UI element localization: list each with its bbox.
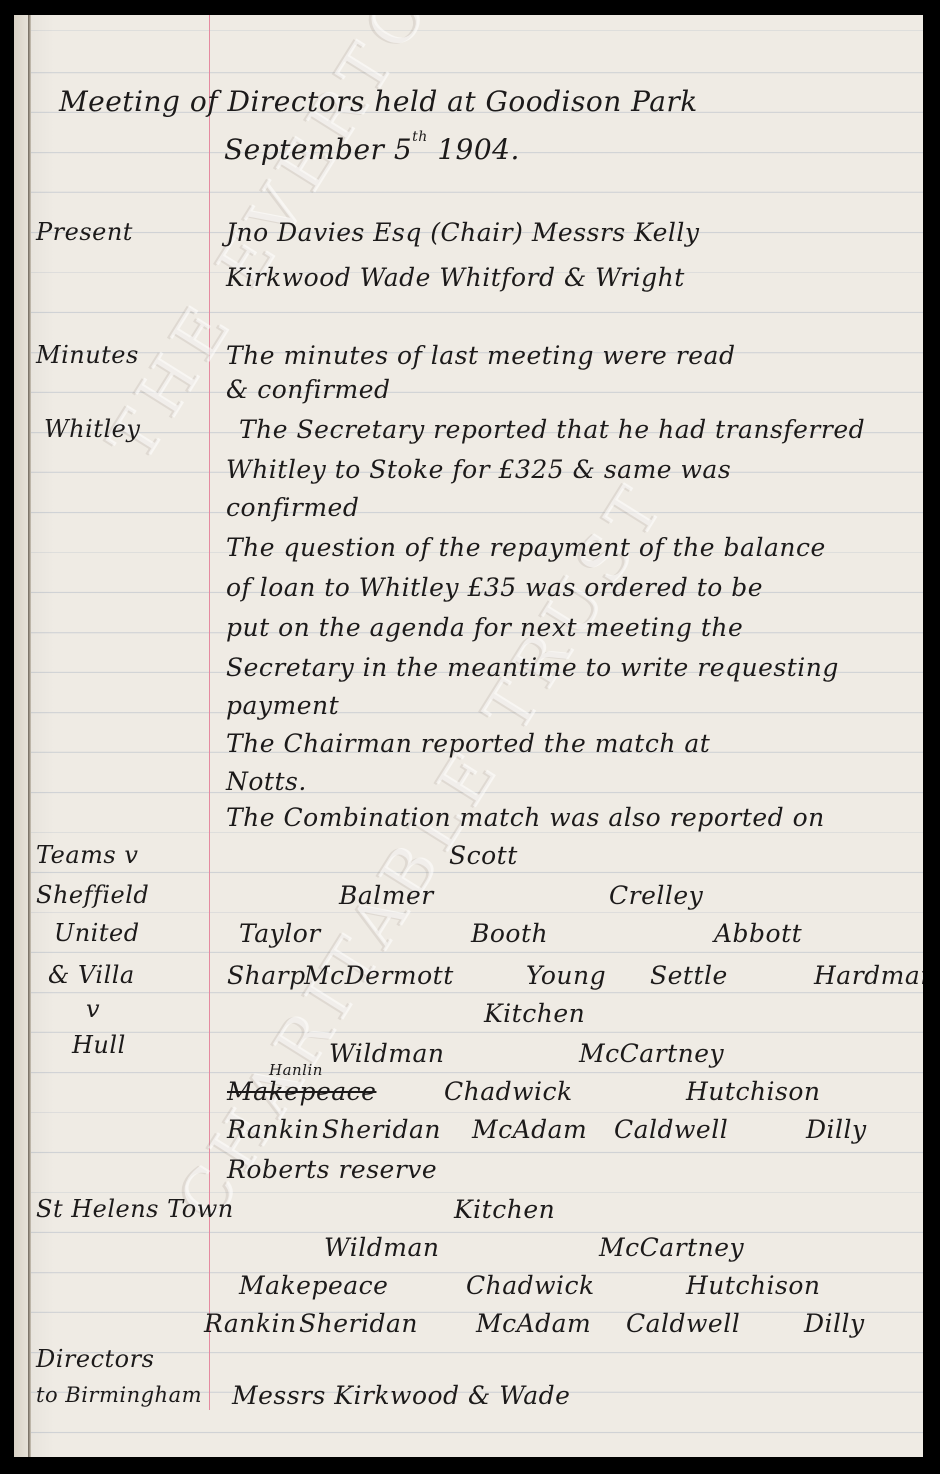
margin-teams-6: Hull (72, 1031, 126, 1059)
margin-minutes: Minutes (36, 341, 139, 369)
hull-half-2: Chadwick (444, 1077, 573, 1106)
hull-half-1-struck: Makepeace (227, 1077, 376, 1106)
heading-date: September 5 (224, 133, 412, 166)
sht-fwd-2: Sheridan (299, 1309, 418, 1338)
sht-fwd-1: Rankin (204, 1309, 297, 1338)
whitley-line-2: Whitley to Stoke for £325 & same was (226, 455, 731, 484)
binding-edge (28, 15, 31, 1457)
present-line-1: Jno Davies Esq (Chair) Messrs Kelly (226, 218, 700, 247)
sht-back-2: McCartney (599, 1233, 744, 1262)
heading-line-1: Meeting of Directors held at Goodison Pa… (59, 85, 698, 118)
whitley-line-9: The Chairman reported the match at (226, 729, 710, 758)
whitley-line-11: The Combination match was also reported … (226, 803, 825, 832)
hull-fwd-4: Caldwell (614, 1115, 728, 1144)
margin-teams-3: United (54, 919, 140, 947)
sht-fwd-5: Dilly (804, 1309, 865, 1338)
margin-directors: Directors (36, 1345, 154, 1373)
sht-half-2: Chadwick (466, 1271, 595, 1300)
margin-teams-2: Sheffield (36, 881, 149, 909)
sv-fwd-2: McDermott (304, 961, 454, 990)
whitley-line-10: Notts. (226, 767, 307, 796)
sv-half-2: Booth (471, 919, 548, 948)
hull-fwd-3: McAdam (472, 1115, 587, 1144)
sht-fwd-3: McAdam (476, 1309, 591, 1338)
hull-back-2: McCartney (579, 1039, 724, 1068)
hull-fwd-1: Rankin (227, 1115, 320, 1144)
directors-birmingham-text: Messrs Kirkwood & Wade (232, 1381, 570, 1410)
hull-goal: Kitchen (484, 999, 585, 1028)
minutes-line-2: & confirmed (226, 375, 391, 404)
whitley-line-3: confirmed (226, 493, 359, 522)
sv-fwd-4: Settle (650, 961, 728, 990)
hull-fwd-2: Sheridan (322, 1115, 441, 1144)
whitley-line-1: The Secretary reported that he had trans… (239, 415, 865, 444)
sv-fwd-5: Hardman (814, 961, 923, 990)
sv-back-1: Balmer (339, 881, 434, 910)
ledger-page: THE EVERTON COLLECTION CHARITABLE TRUST … (14, 15, 923, 1457)
whitley-line-5: of loan to Whitley £35 was ordered to be (226, 573, 763, 602)
margin-teams-4: & Villa (48, 961, 135, 989)
sht-half-3: Hutchison (686, 1271, 821, 1300)
whitley-line-4: The question of the repayment of the bal… (226, 533, 826, 562)
present-line-2: Kirkwood Wade Whitford & Wright (226, 263, 685, 292)
sht-half-1: Makepeace (239, 1271, 388, 1300)
margin-to-birmingham: to Birmingham (36, 1383, 202, 1407)
sv-half-1: Taylor (239, 919, 321, 948)
hull-back-1: Wildman (329, 1039, 444, 1068)
minutes-line-1: The minutes of last meeting were read (226, 341, 735, 370)
whitley-line-6: put on the agenda for next meeting the (226, 613, 743, 642)
whitley-line-7: Secretary in the meantime to write reque… (226, 653, 839, 682)
whitley-line-8: payment (226, 691, 339, 720)
sv-goal: Scott (449, 841, 518, 870)
sv-half-3: Abbott (714, 919, 802, 948)
margin-present: Present (36, 218, 133, 246)
heading-line-2: September 5th 1904. (224, 133, 520, 166)
hull-fwd-5: Dilly (806, 1115, 867, 1144)
sv-fwd-3: Young (526, 961, 606, 990)
heading-year: 1904. (428, 133, 520, 166)
sht-goal: Kitchen (454, 1195, 555, 1224)
sv-fwd-1: Sharp (227, 961, 306, 990)
hull-reserve: Roberts reserve (227, 1155, 437, 1184)
sht-fwd-4: Caldwell (626, 1309, 740, 1338)
hull-half-3: Hutchison (686, 1077, 821, 1106)
sht-back-1: Wildman (324, 1233, 439, 1262)
sv-back-2: Crelley (609, 881, 703, 910)
margin-st-helens: St Helens Town (36, 1195, 234, 1223)
heading-date-suffix: th (412, 129, 428, 145)
margin-teams-1: Teams v (36, 841, 138, 869)
margin-whitley: Whitley (44, 415, 140, 443)
margin-teams-5: v (86, 995, 100, 1023)
